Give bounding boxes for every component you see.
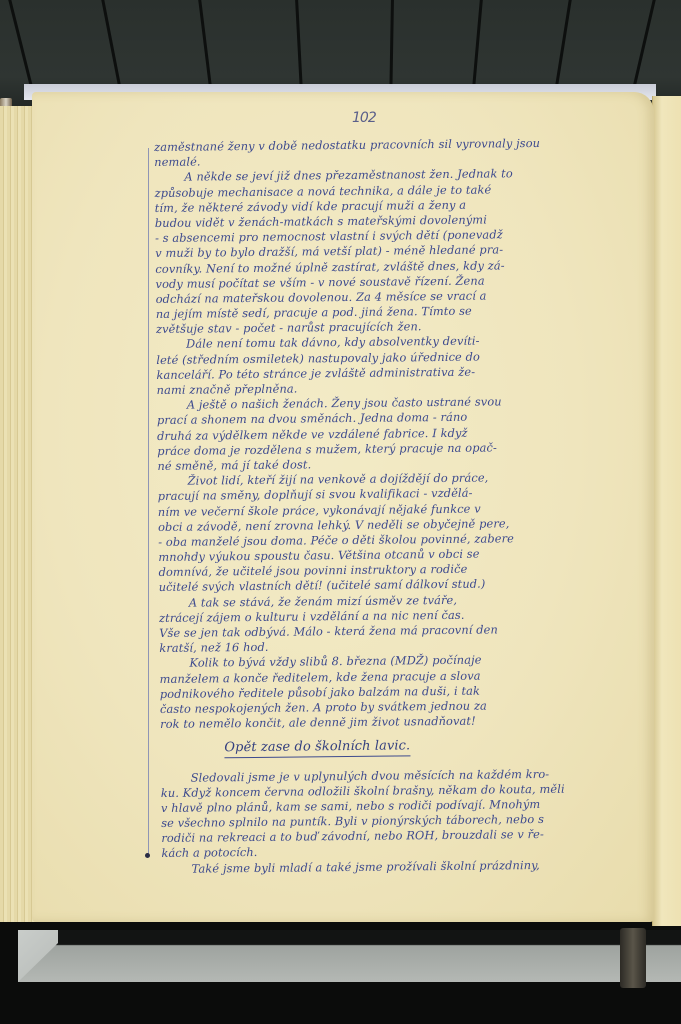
ink-dot — [145, 853, 150, 858]
section-heading: Opět zase do školních lavic. — [224, 739, 410, 758]
paragraphs-part2: Sledovali jsme je v uplynulých dvou měsí… — [161, 765, 642, 876]
page-stack-right — [652, 96, 681, 926]
book-strap — [620, 928, 646, 988]
book-holder-bottom — [18, 930, 681, 982]
paragraphs-part1: zaměstnané ženy v době nedostatku pracov… — [154, 135, 640, 732]
page-stack-left — [0, 106, 36, 922]
handwritten-text: zaměstnané ženy v době nedostatku pracov… — [154, 135, 642, 877]
margin-line — [148, 148, 149, 856]
page-number: 102 — [352, 110, 376, 126]
